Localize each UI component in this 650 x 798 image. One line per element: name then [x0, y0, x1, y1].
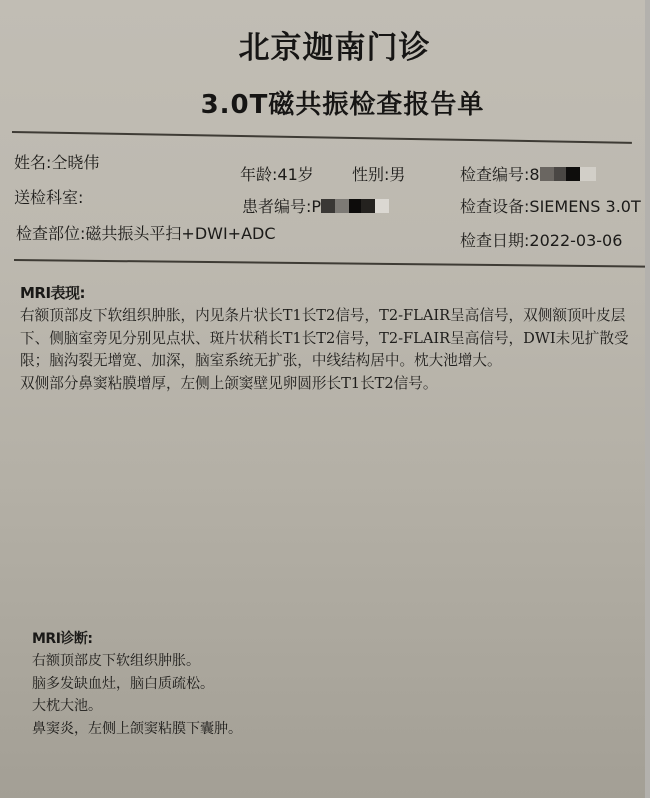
device-label: 检查设备:	[460, 197, 529, 216]
exam-number-redaction	[540, 165, 596, 184]
sex-field: 性别:男	[352, 162, 405, 185]
exam-number-field: 检查编号:8	[460, 162, 596, 185]
exam-part-label: 检查部位:	[16, 224, 85, 243]
department-label: 送检科室:	[14, 188, 83, 207]
diagnosis-item: 右额顶部皮下软组织肿胀。	[32, 650, 432, 673]
exam-number-label: 检查编号:	[460, 165, 529, 184]
device-field: 检查设备:SIEMENS 3.0T	[460, 194, 641, 217]
report-title: 3.0T磁共振检查报告单	[0, 84, 650, 121]
exam-date-label: 检查日期:	[460, 231, 529, 250]
exam-part-field: 检查部位:磁共振头平扫+DWI+ADC	[16, 221, 276, 244]
sex-label: 性别:	[352, 165, 389, 184]
diagnosis-item: 脑多发缺血灶，脑白质疏松。	[32, 673, 432, 696]
exam-date-field: 检查日期:2022-03-06	[460, 228, 622, 251]
patient-number-field: 患者编号:P	[242, 194, 389, 217]
info-divider	[14, 259, 646, 268]
report-page: 北京迦南门诊 3.0T磁共振检查报告单 姓名:仝晓伟 年龄:41岁 性别:男 检…	[0, 0, 645, 798]
department-field: 送检科室:	[14, 185, 83, 208]
findings-title: MRI表现:	[20, 282, 85, 303]
exam-number-prefix: 8	[529, 165, 539, 184]
findings-paragraph: 双侧部分鼻窦粘膜增厚，左侧上颌窦壁见卵圆形长T1长T2信号。	[20, 373, 648, 396]
age-value: 41岁	[277, 165, 313, 184]
sex-value: 男	[389, 165, 405, 184]
exam-date-value: 2022-03-06	[529, 231, 622, 250]
diagnosis-title: MRI诊断:	[32, 628, 93, 648]
device-value: SIEMENS 3.0T	[529, 197, 640, 216]
patient-number-redaction	[321, 197, 389, 216]
page-edge	[645, 0, 650, 798]
patient-number-label: 患者编号:	[242, 197, 311, 216]
findings-paragraph: 右额顶部皮下软组织肿胀，内见条片状长T1长T2信号，T2-FLAIR呈高信号，双…	[20, 305, 648, 373]
diagnosis-item: 大枕大池。	[32, 695, 432, 718]
hospital-name: 北京迦南门诊	[0, 22, 650, 67]
exam-part-value: 磁共振头平扫+DWI+ADC	[85, 224, 275, 243]
name-label: 姓名:	[14, 153, 51, 172]
diagnosis-item: 鼻窦炎，左侧上颌窦粘膜下囊肿。	[32, 718, 432, 741]
age-field: 年龄:41岁	[240, 162, 314, 185]
name-value: 仝晓伟	[51, 153, 99, 172]
header-divider	[12, 131, 632, 144]
findings-body: 右额顶部皮下软组织肿胀，内见条片状长T1长T2信号，T2-FLAIR呈高信号，双…	[20, 305, 648, 395]
patient-number-prefix: P	[311, 197, 321, 216]
name-field: 姓名:仝晓伟	[14, 150, 99, 173]
diagnosis-list: 右额顶部皮下软组织肿胀。 脑多发缺血灶，脑白质疏松。 大枕大池。 鼻窦炎，左侧上…	[32, 650, 432, 740]
age-label: 年龄:	[240, 165, 277, 184]
